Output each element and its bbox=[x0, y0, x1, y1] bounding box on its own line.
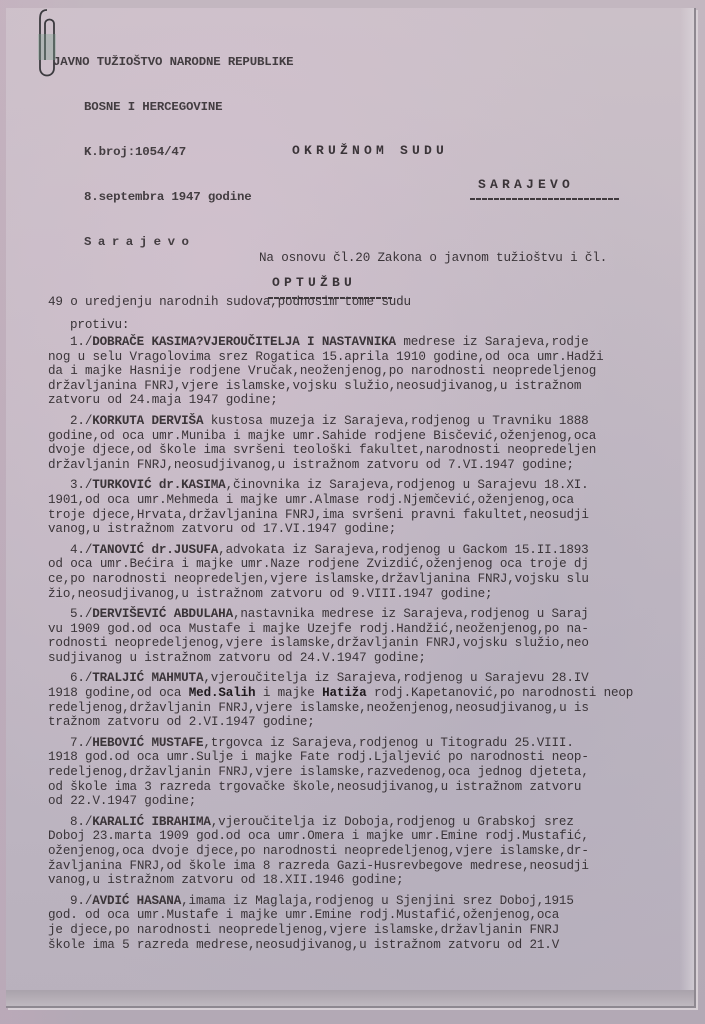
defendant-details: ,nastavnika medrese iz Sarajeva,rodjenog… bbox=[233, 607, 589, 621]
defendant-item-heading: 9./AVDIĆ HASANA,imama iz Maglaja,rodjeno… bbox=[48, 894, 698, 909]
defendant-item-line: da i majke Hasnije rodjene Vručak,neožen… bbox=[48, 364, 698, 379]
defendant-item: 5./DERVIŠEVIĆ ABDULAHA,nastavnika medres… bbox=[48, 607, 698, 665]
defendant-name: KORKUTA DERVIŠA bbox=[92, 414, 203, 428]
defendant-item-heading: 5./DERVIŠEVIĆ ABDULAHA,nastavnika medres… bbox=[48, 607, 698, 622]
defendant-name: HEBOVIĆ MUSTAFE bbox=[92, 736, 203, 750]
defendant-item-line: nog u selu Vragolovima srez Rogatica 15.… bbox=[48, 350, 698, 365]
defendant-name: DERVIŠEVIĆ ABDULAHA bbox=[92, 607, 233, 621]
item-number: 9./ bbox=[70, 894, 92, 908]
defendant-item-line: škole ima 5 razreda medrese,neosudjivano… bbox=[48, 938, 698, 953]
defendant-item: 8./KARALIĆ IBRAHIMA,vjeroučitelja iz Dob… bbox=[48, 815, 698, 888]
defendant-details: ,vjeroučitelja iz Sarajeva,rodjenog u Sa… bbox=[203, 671, 588, 685]
defendant-name: AVDIĆ HASANA bbox=[92, 894, 181, 908]
defendant-item-line: žavljanina FNRJ,od škole ima 8 razreda G… bbox=[48, 859, 698, 874]
defendant-item-heading: 2./KORKUTA DERVIŠA kustosa muzeja iz Sar… bbox=[48, 414, 698, 429]
issuer-name-line2: BOSNE I HERCEGOVINE bbox=[53, 100, 293, 115]
defendant-item-line: redeljenog,državljanin FNRJ,vjere islams… bbox=[48, 701, 698, 716]
case-number: K.broj:1054/47 bbox=[53, 145, 293, 160]
item-number: 1./ bbox=[70, 335, 92, 349]
defendant-item-heading: 4./TANOVIĆ dr.JUSUFA,advokata iz Sarajev… bbox=[48, 543, 698, 558]
item-number: 2./ bbox=[70, 414, 92, 428]
defendant-details: ,činovnika iz Sarajeva,rodjenog u Saraje… bbox=[226, 478, 589, 492]
addressee-city: SARAJEVO bbox=[478, 178, 574, 193]
item-number: 3./ bbox=[70, 478, 92, 492]
against-label: protivu: bbox=[70, 318, 129, 333]
handwritten-edit: Hatiža bbox=[322, 686, 366, 700]
defendant-name: DOBRAČE KASIMA?VJEROUČITELJA I NASTAVNIK… bbox=[92, 335, 396, 349]
defendant-item-line: oženjenog,oca dvoje djece,po narodnosti … bbox=[48, 844, 698, 859]
defendant-item-line: god. od oca umr.Mustafe i majke umr.Emin… bbox=[48, 908, 698, 923]
defendant-item-line: 1901,od oca umr.Mehmeda i majke umr.Alma… bbox=[48, 493, 698, 508]
defendant-item-line: godine,od oca umr.Muniba i majke umr.Sah… bbox=[48, 429, 698, 444]
item-number: 4./ bbox=[70, 543, 92, 557]
defendant-item: 6./TRALJIĆ MAHMUTA,vjeroučitelja iz Sara… bbox=[48, 671, 698, 729]
defendant-item-line: tražnom zatvoru od 2.VI.1947 godine; bbox=[48, 715, 698, 730]
defendant-details: medrese iz Sarajeva,rodje bbox=[396, 335, 589, 349]
defendant-item-line: od 22.V.1947 godine; bbox=[48, 794, 698, 809]
defendant-details: ,imama iz Maglaja,rodjenog u Sjenjini sr… bbox=[181, 894, 574, 908]
defendant-item-line: Doboj 23.marta 1909 god.od oca umr.Omera… bbox=[48, 829, 698, 844]
defendant-item-line: 1918 godine,od oca Med.Salih i majke Hat… bbox=[48, 686, 698, 701]
defendant-item-line: rodnosti neopredeljenog,vjere islamske,d… bbox=[48, 636, 698, 651]
defendant-item-line: od oca umr.Bećira i majke umr.Naze rodje… bbox=[48, 557, 698, 572]
defendant-item-line: vanog,u istražnom zatvoru od 18.XII.1946… bbox=[48, 873, 698, 888]
title-underline bbox=[268, 297, 392, 299]
defendant-item: 3./TURKOVIĆ dr.KASIMA,činovnika iz Saraj… bbox=[48, 478, 698, 536]
defendant-item-line: vu 1909 god.od oca Mustafe i majke Uzejf… bbox=[48, 622, 698, 637]
defendant-item-line: sudjivanog u istražnom zatvoru od 24.V.1… bbox=[48, 651, 698, 666]
issuer-name-line1: JAVNO TUŽIOŠTVO NARODNE REPUBLIKE bbox=[53, 55, 293, 70]
defendants-list: 1./DOBRAČE KASIMA?VJEROUČITELJA I NASTAV… bbox=[48, 335, 698, 958]
defendant-item-line: državljanin FNRJ,neosudjivanog,u istražn… bbox=[48, 458, 698, 473]
page-bottom-edge bbox=[6, 990, 694, 1006]
document-date: 8.septembra 1947 godine bbox=[53, 190, 293, 205]
defendant-item-line: troje djece,Hrvata,državljanina FNRJ,ima… bbox=[48, 508, 698, 523]
item-number: 6./ bbox=[70, 671, 92, 685]
intro-line-1: Na osnovu čl.20 Zakona o javnom tužioštv… bbox=[48, 251, 607, 266]
defendant-item-line: 1918 god.od oca umr.Sulje i majke Fate r… bbox=[48, 750, 698, 765]
item-number: 5./ bbox=[70, 607, 92, 621]
defendant-item-line: je djece,po narodnosti neopredeljenog,vj… bbox=[48, 923, 698, 938]
defendant-item-line: redeljenog,državljanin FNRJ,vjere islams… bbox=[48, 765, 698, 780]
defendant-item: 4./TANOVIĆ dr.JUSUFA,advokata iz Sarajev… bbox=[48, 543, 698, 601]
defendant-item-line: od škole ima 3 razreda trgovačke škole,n… bbox=[48, 780, 698, 795]
defendant-item-heading: 8./KARALIĆ IBRAHIMA,vjeroučitelja iz Dob… bbox=[48, 815, 698, 830]
defendant-item-line: žio,neosudjivanog,u istražnom zatvoru od… bbox=[48, 587, 698, 602]
item-number: 8./ bbox=[70, 815, 92, 829]
defendant-item-line: dvoje djece,od škole ima svršeni teološk… bbox=[48, 443, 698, 458]
handwritten-edit: Med.Salih bbox=[189, 686, 256, 700]
defendant-details: ,vjeroučitelja iz Doboja,rodjenog u Grab… bbox=[211, 815, 574, 829]
defendant-details: ,trgovca iz Sarajeva,rodjenog u Titograd… bbox=[203, 736, 573, 750]
defendant-item: 7./HEBOVIĆ MUSTAFE,trgovca iz Sarajeva,r… bbox=[48, 736, 698, 809]
defendant-name: TRALJIĆ MAHMUTA bbox=[92, 671, 203, 685]
defendant-item: 2./KORKUTA DERVIŠA kustosa muzeja iz Sar… bbox=[48, 414, 698, 472]
defendant-item: 9./AVDIĆ HASANA,imama iz Maglaja,rodjeno… bbox=[48, 894, 698, 952]
document-title: OPTUŽBU bbox=[272, 276, 356, 291]
defendant-item: 1./DOBRAČE KASIMA?VJEROUČITELJA I NASTAV… bbox=[48, 335, 698, 408]
defendant-details: ,advokata iz Sarajeva,rodjenog u Gackom … bbox=[218, 543, 588, 557]
defendant-item-heading: 7./HEBOVIĆ MUSTAFE,trgovca iz Sarajeva,r… bbox=[48, 736, 698, 751]
addressee-court: OKRUŽNOM SUDU bbox=[292, 144, 448, 159]
defendant-name: TANOVIĆ dr.JUSUFA bbox=[92, 543, 218, 557]
defendant-item-line: zatvoru od 24.maja 1947 godine; bbox=[48, 393, 698, 408]
city-underline bbox=[470, 198, 620, 200]
defendant-details: kustosa muzeja iz Sarajeva,rodjenog u Tr… bbox=[203, 414, 588, 428]
defendant-item-line: vanog,u istražnom zatvoru od 17.VI.1947 … bbox=[48, 522, 698, 537]
defendant-item-line: državljanina FNRJ,vjere islamske,vojsku … bbox=[48, 379, 698, 394]
defendant-item-line: ce,po narodnosti neopredeljen,vjere isla… bbox=[48, 572, 698, 587]
defendant-name: TURKOVIĆ dr.KASIMA bbox=[92, 478, 225, 492]
defendant-item-heading: 3./TURKOVIĆ dr.KASIMA,činovnika iz Saraj… bbox=[48, 478, 698, 493]
defendant-item-heading: 1./DOBRAČE KASIMA?VJEROUČITELJA I NASTAV… bbox=[48, 335, 698, 350]
intro-paragraph: Na osnovu čl.20 Zakona o javnom tužioštv… bbox=[48, 222, 607, 324]
defendant-item-heading: 6./TRALJIĆ MAHMUTA,vjeroučitelja iz Sara… bbox=[48, 671, 698, 686]
item-number: 7./ bbox=[70, 736, 92, 750]
defendant-name: KARALIĆ IBRAHIMA bbox=[92, 815, 211, 829]
